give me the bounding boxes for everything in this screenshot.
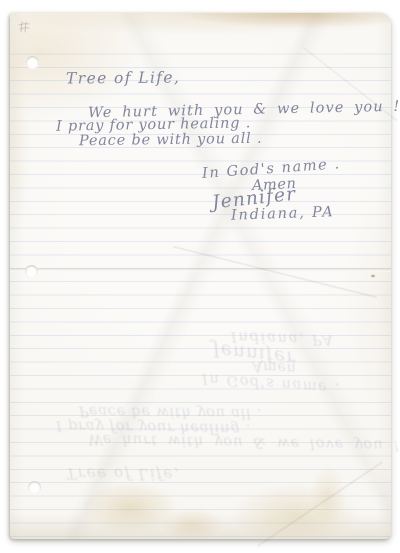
bleedthrough-location: Indiana, PA	[231, 328, 335, 348]
ink-bleed-through: Tree of Life, We hurt with you & we love…	[10, 13, 391, 539]
letter-paper: Tree of Life, We hurt with you & we love…	[10, 13, 391, 539]
bleedthrough-recipient: Tree of Life,	[66, 464, 180, 483]
bleedthrough-body-3: Peace be with you all .	[79, 402, 263, 421]
scanned-letter-photo: Tree of Life, We hurt with you & we love…	[0, 0, 400, 553]
